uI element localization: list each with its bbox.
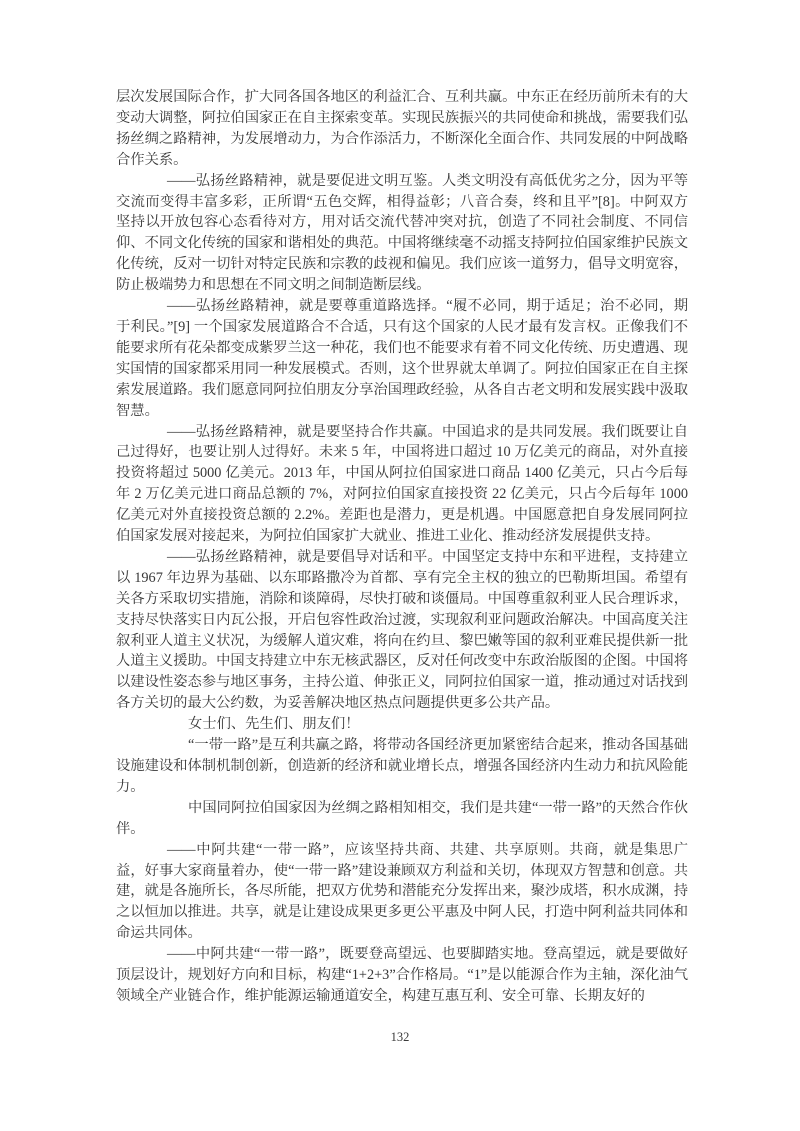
document-page: 层次发展国际合作，扩大同各国各地区的利益汇合、互利共赢。中东正在经历前所未有的大…: [0, 0, 800, 1131]
paragraph-greeting: 女士们、先生们、朋友们！: [116, 714, 688, 735]
paragraph-dash-civilization-exchange: ——弘扬丝路精神，就是要促进文明互鉴。人类文明没有高低优劣之分，因为平等交流而变…: [116, 171, 688, 296]
paragraph-natural-partners: 中国同阿拉伯国家因为丝绸之路相知相交，我们是共建“一带一路”的天然合作伙伴。: [116, 798, 688, 840]
paragraph-dash-dialogue-peace: ——弘扬丝路精神，就是要倡导对话和平。中国坚定支持中东和平进程，支持建立以 19…: [116, 547, 688, 714]
paragraph-dash-cooperation-framework: ——中阿共建“一带一路”，既要登高望远、也要脚踏实地。登高望远，就是要做好顶层设…: [116, 944, 688, 1007]
paragraph-dash-joint-principles: ——中阿共建“一带一路”，应该坚持共商、共建、共享原则。共商，就是集思广益，好事…: [116, 840, 688, 945]
paragraph-dash-win-win-cooperation: ——弘扬丝路精神，就是要坚持合作共赢。中国追求的是共同发展。我们既要让自己过得好…: [116, 422, 688, 547]
paragraph-continuation: 层次发展国际合作，扩大同各国各地区的利益汇合、互利共赢。中东正在经历前所未有的大…: [116, 87, 688, 171]
document-text-block: 层次发展国际合作，扩大同各国各地区的利益汇合、互利共赢。中东正在经历前所未有的大…: [116, 87, 688, 1007]
paragraph-belt-road-mutual-benefit: “一带一路”是互利共赢之路，将带动各国经济更加紧密结合起来，推动各国基础设施建设…: [116, 735, 688, 798]
paragraph-dash-respect-path-choice: ——弘扬丝路精神，就是要尊重道路选择。“履不必同，期于适足；治不必同，期于利民。…: [116, 296, 688, 421]
page-number: 132: [0, 1029, 800, 1045]
